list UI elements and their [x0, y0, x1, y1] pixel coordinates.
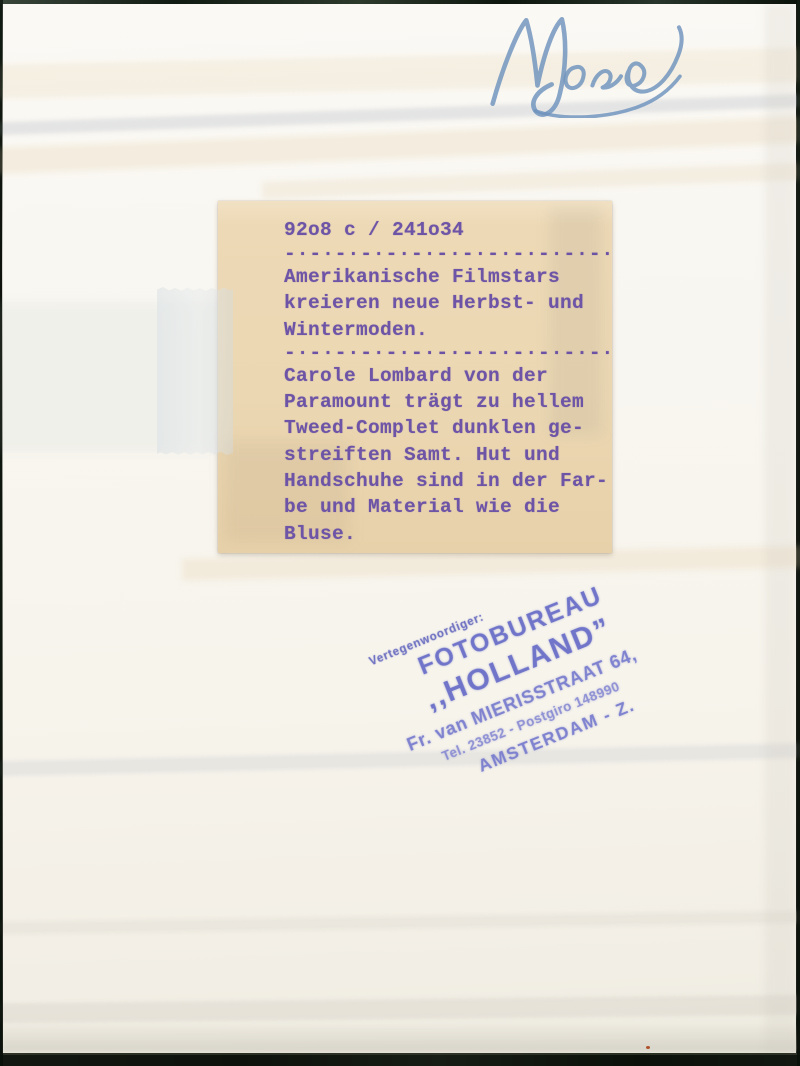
typed-caption-label: 92o8 c / 241o34 -·-·-·-·-·-·-·-·-·-·-·-·…: [218, 201, 612, 553]
caption-body-line: Paramount trägt zu hellem: [284, 389, 614, 415]
paper-streak: [0, 910, 800, 935]
paper-streak: [2, 1026, 800, 1052]
caption-body-line: Handschuhe sind in der Far-: [284, 468, 614, 494]
caption-title-line: kreieren neue Herbst- und: [284, 290, 614, 316]
typed-divider: -·-·-·-·-·-·-·-·-·-·-·-·-·: [284, 244, 614, 264]
caption-body-line: Tweed-Complet dunklen ge-: [284, 415, 614, 441]
paper-streak: [765, 4, 795, 1054]
caption-body-line: Carole Lombard von der: [284, 363, 614, 389]
typed-caption-text: 92o8 c / 241o34 -·-·-·-·-·-·-·-·-·-·-·-·…: [284, 216, 614, 547]
paper-streak: [262, 162, 800, 199]
paper-streak: [0, 995, 800, 1024]
dust-speck: [646, 1046, 650, 1049]
scan-edge-bottom: [0, 1053, 800, 1066]
caption-title-line: Amerikanische Filmstars: [284, 264, 614, 290]
paper-streak: [0, 116, 800, 175]
archive-reference-number: 92o8 c / 241o34: [284, 216, 614, 244]
photo-verso-scan: { "handwriting": { "text": "Mode", "ink_…: [0, 0, 800, 1066]
handwritten-annotation-mode: [478, 6, 713, 118]
handwriting-stroke-m: [493, 19, 565, 114]
caption-title-line: Wintermoden.: [284, 317, 614, 343]
handwriting-stroke-oa: [566, 67, 621, 88]
scan-edge-left: [0, 0, 3, 1066]
caption-body-line: Bluse.: [284, 521, 614, 547]
typed-divider: -·-·-·-·-·-·-·-·-·-·-·-·-·: [284, 343, 614, 363]
scan-edge-top: [0, 0, 800, 4]
caption-body-line: be und Material wie die: [284, 494, 614, 520]
adhesive-tape: [157, 287, 233, 455]
caption-body-line: streiften Samt. Hut und: [284, 442, 614, 468]
